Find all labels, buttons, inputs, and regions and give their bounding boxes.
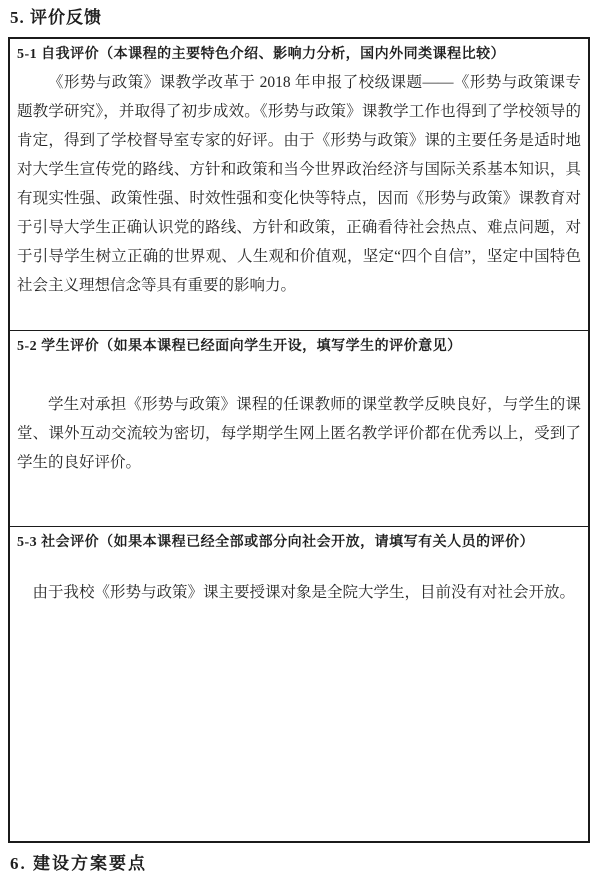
section-6-heading: 6. 建设方案要点	[10, 849, 147, 874]
row-body-student-evaluation: 学生对承担《形势与政策》课程的任课教师的课堂教学反映良好，与学生的课堂、课外互动…	[17, 390, 581, 477]
row-body-social-evaluation: 由于我校《形势与政策》课主要授课对象是全院大学生，目前没有对社会开放。	[17, 578, 581, 607]
row-body-self-evaluation: 《形势与政策》课教学改革于 2018 年申报了校级课题——《形势与政策课专题教学…	[17, 68, 581, 300]
row-header-self-evaluation: 5-1 自我评价（本课程的主要特色介绍、影响力分析，国内外同类课程比较）	[17, 44, 581, 66]
evaluation-feedback-table: 5-1 自我评价（本课程的主要特色介绍、影响力分析，国内外同类课程比较） 《形势…	[8, 37, 590, 843]
section-5-heading: 5. 评价反馈	[10, 3, 102, 28]
table-row-self-evaluation: 5-1 自我评价（本课程的主要特色介绍、影响力分析，国内外同类课程比较） 《形势…	[10, 39, 588, 331]
table-row-student-evaluation: 5-2 学生评价（如果本课程已经面向学生开设，填写学生的评价意见） 学生对承担《…	[10, 331, 588, 527]
row-header-social-evaluation: 5-3 社会评价（如果本课程已经全部或部分向社会开放，请填写有关人员的评价）	[17, 532, 581, 554]
row-header-student-evaluation: 5-2 学生评价（如果本课程已经面向学生开设，填写学生的评价意见）	[17, 336, 581, 358]
document-page: 5. 评价反馈 5-1 自我评价（本课程的主要特色介绍、影响力分析，国内外同类课…	[0, 0, 599, 884]
table-row-social-evaluation: 5-3 社会评价（如果本课程已经全部或部分向社会开放，请填写有关人员的评价） 由…	[10, 527, 588, 841]
